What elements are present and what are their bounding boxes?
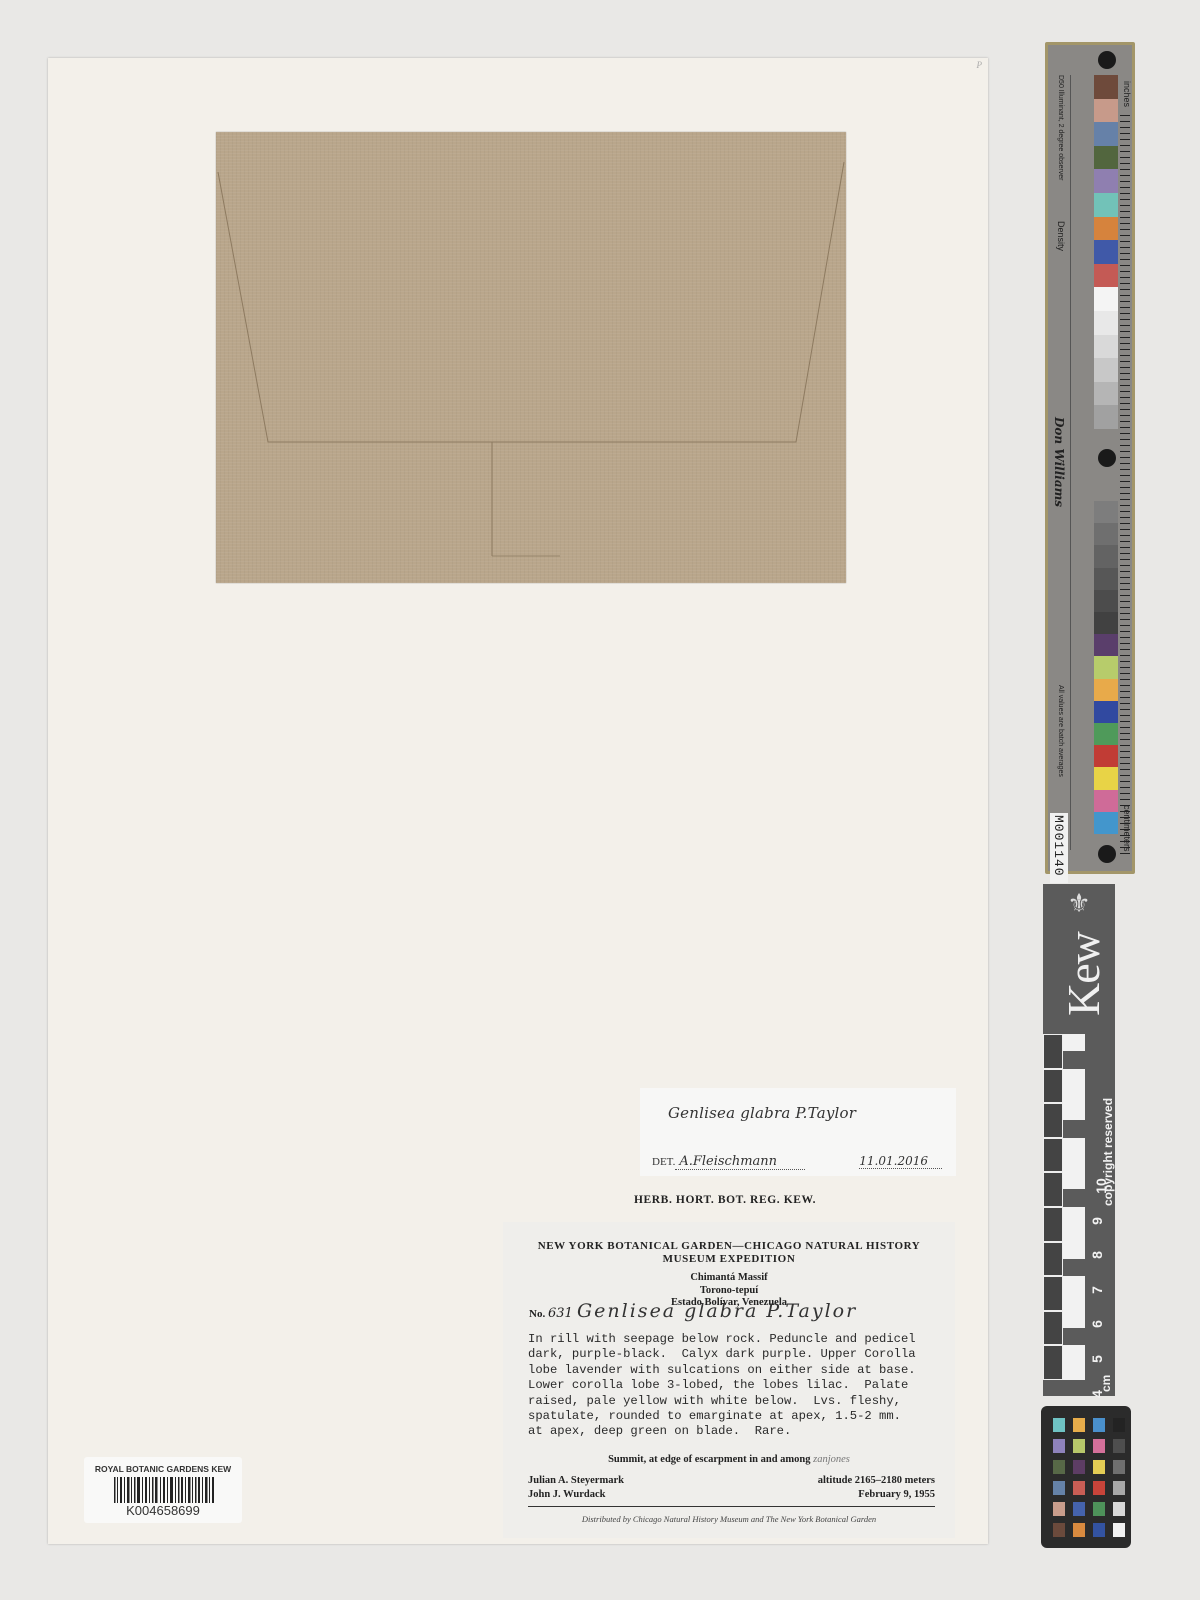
label-header-line1: NEW YORK BOTANICAL GARDEN—CHICAGO NATURA… [503, 1240, 955, 1253]
scale-block [1043, 1172, 1063, 1207]
scale-block [1043, 1069, 1063, 1104]
color-swatch [1094, 169, 1118, 193]
scale-block-light [1063, 1207, 1085, 1242]
color-swatch [1094, 335, 1118, 359]
checker-patch [1073, 1523, 1085, 1537]
color-swatch [1094, 193, 1118, 217]
barcode-label: ROYAL BOTANIC GARDENS KEW K004658699 [84, 1457, 242, 1523]
altitude-date: altitude 2165–2180 meters February 9, 19… [818, 1474, 935, 1502]
scale-tick-label: 7 [1089, 1286, 1105, 1294]
scale-tick-label: 5 [1089, 1355, 1105, 1363]
checker-patch [1073, 1481, 1085, 1495]
scale-block [1043, 1311, 1063, 1346]
density-value-grid [1070, 75, 1095, 850]
color-swatch [1094, 405, 1118, 429]
color-swatch [1094, 812, 1118, 834]
scale-block [1043, 1207, 1063, 1242]
registration-dot-top [1098, 51, 1116, 69]
registration-dot-bottom [1098, 845, 1116, 863]
specimen-envelope [216, 132, 846, 583]
habitat-text: Summit, at edge of escarpment in and amo… [608, 1454, 810, 1465]
color-swatch [1094, 545, 1118, 567]
scale-block-light [1063, 1172, 1085, 1189]
centimeters-label: centimeters [1122, 805, 1132, 852]
color-swatch [1094, 634, 1118, 656]
det-row: DET.A.Fleischmann 11.01.2016 [652, 1154, 942, 1169]
checker-patch [1073, 1439, 1085, 1453]
scale-block-light [1063, 1103, 1085, 1120]
color-swatch [1094, 240, 1118, 264]
color-swatch [1094, 311, 1118, 335]
kew-brand: Kew [1057, 932, 1110, 1016]
determination-slip: Genlisea glabra P.Taylor DET.A.Fleischma… [640, 1088, 956, 1176]
checker-patch [1093, 1439, 1105, 1453]
scale-block [1043, 1276, 1063, 1311]
color-swatch [1094, 568, 1118, 590]
color-swatch [1094, 701, 1118, 723]
scale-block [1043, 1138, 1063, 1173]
color-swatch [1094, 590, 1118, 612]
checker-patch [1073, 1460, 1085, 1474]
color-swatch [1094, 723, 1118, 745]
illuminant-text: D50 Illuminant, 2 degree observer [1057, 75, 1064, 180]
checker-patch [1113, 1523, 1125, 1537]
copyright-text: copyright reserved [1101, 1098, 1115, 1206]
checker-patch [1113, 1460, 1125, 1474]
checker-patch [1113, 1481, 1125, 1495]
brand-label: Don Williams [1052, 417, 1066, 507]
checker-patch [1093, 1481, 1105, 1495]
det-label: DET. [652, 1156, 675, 1168]
label-header: NEW YORK BOTANICAL GARDEN—CHICAGO NATURA… [503, 1240, 955, 1266]
scale-block [1043, 1034, 1063, 1069]
number-label: No. [529, 1308, 545, 1320]
collector-2: John J. Wurdack [528, 1488, 624, 1502]
color-swatch [1094, 767, 1118, 789]
scale-block-light [1063, 1242, 1085, 1259]
checker-patch [1053, 1439, 1065, 1453]
checker-patch [1113, 1418, 1125, 1432]
checker-patch [1113, 1502, 1125, 1516]
det-taxon-name: Genlisea glabra P.Taylor [668, 1104, 856, 1122]
scale-block [1043, 1242, 1063, 1277]
label-divider [528, 1506, 935, 1507]
checker-patch [1053, 1523, 1065, 1537]
scale-block-light [1063, 1138, 1085, 1173]
color-swatch [1094, 501, 1118, 523]
checker-patch [1093, 1523, 1105, 1537]
barcode-number: K004658699 [84, 1503, 242, 1518]
scale-tick-label: 8 [1089, 1251, 1105, 1259]
locality-massif: Chimantá Massif [503, 1272, 955, 1285]
barcode-icon [114, 1477, 214, 1503]
color-swatch [1094, 656, 1118, 678]
det-date: 11.01.2016 [859, 1154, 942, 1169]
checker-patch [1073, 1502, 1085, 1516]
target-id-tag: M001140 [1050, 813, 1068, 883]
checker-patch [1053, 1418, 1065, 1432]
determiner-name: A.Fleischmann [675, 1154, 805, 1170]
inch-cm-ruler [1120, 115, 1130, 855]
scale-block [1043, 1103, 1063, 1138]
cm-scale-blocks [1043, 1034, 1085, 1380]
color-swatch [1094, 358, 1118, 382]
color-swatch [1094, 146, 1118, 170]
scale-block-light [1063, 1069, 1085, 1104]
density-label: Density [1056, 221, 1066, 251]
color-swatch [1094, 745, 1118, 767]
color-swatch [1094, 790, 1118, 812]
checker-patch [1053, 1481, 1065, 1495]
scale-block-light [1063, 1345, 1085, 1380]
specimen-description: In rill with seepage below rock. Peduncl… [528, 1332, 948, 1440]
label-header-line2: MUSEUM EXPEDITION [503, 1253, 955, 1266]
color-checker-card [1041, 1406, 1131, 1548]
cm-scale-numbers: 012345678910 [1089, 1028, 1113, 1388]
color-swatch [1094, 287, 1118, 311]
collector-1: Julian A. Steyermark [528, 1474, 624, 1488]
checker-patch [1053, 1460, 1065, 1474]
scale-block-light [1063, 1311, 1085, 1328]
averages-text: All values are batch averages [1057, 685, 1064, 777]
collection-number: No. 631 [529, 1306, 573, 1321]
habitat: Summit, at edge of escarpment in and amo… [503, 1454, 955, 1465]
specimen-label: NEW YORK BOTANICAL GARDEN—CHICAGO NATURA… [503, 1222, 955, 1538]
number-value: 631 [548, 1306, 573, 1321]
kew-scale-bar: ⚜ Kew 012345678910 copyright reserved cm [1043, 884, 1115, 1396]
scale-tick-label: 6 [1089, 1320, 1105, 1328]
color-swatch [1094, 122, 1118, 146]
inches-label: inches [1122, 81, 1132, 107]
color-swatch [1094, 99, 1118, 123]
scale-block [1043, 1345, 1063, 1380]
color-target-strip: inches D50 Illuminant, 2 degree observer… [1045, 42, 1135, 874]
herbarium-stamp: HERB. HORT. BOT. REG. KEW. [500, 1194, 950, 1206]
color-swatch [1094, 612, 1118, 634]
color-swatch [1094, 679, 1118, 701]
altitude: altitude 2165–2180 meters [818, 1474, 935, 1488]
checker-patch [1053, 1502, 1065, 1516]
checker-patch [1113, 1439, 1125, 1453]
habitat-italic: zanjones [813, 1454, 850, 1465]
scale-tick-label: 9 [1089, 1217, 1105, 1225]
scale-block-light [1063, 1034, 1085, 1051]
registration-dot-mid [1098, 449, 1116, 467]
color-swatch [1094, 264, 1118, 288]
color-swatch [1094, 217, 1118, 241]
distributed-by: Distributed by Chicago Natural History M… [503, 1514, 955, 1524]
collection-date: February 9, 1955 [818, 1488, 935, 1502]
checker-patch [1093, 1502, 1105, 1516]
color-swatch [1094, 75, 1118, 99]
envelope-fold-lines [216, 132, 846, 583]
checker-patch [1073, 1418, 1085, 1432]
barcode-title: ROYAL BOTANIC GARDENS KEW [84, 1464, 242, 1474]
checker-patch [1093, 1418, 1105, 1432]
scale-block-light [1063, 1276, 1085, 1311]
color-swatch [1094, 382, 1118, 406]
kew-wordmark: Kew [1057, 904, 1113, 1014]
locality-tepui: Torono-tepuí [503, 1285, 955, 1298]
checker-patch [1093, 1460, 1105, 1474]
cm-unit-label: cm [1099, 1375, 1113, 1392]
target-id: M001140 [1051, 815, 1066, 877]
handwritten-taxon: Genlisea glabra P.Taylor [577, 1300, 857, 1322]
color-swatch [1094, 523, 1118, 545]
corner-mark: P [977, 60, 983, 70]
collectors: Julian A. Steyermark John J. Wurdack [528, 1474, 624, 1502]
